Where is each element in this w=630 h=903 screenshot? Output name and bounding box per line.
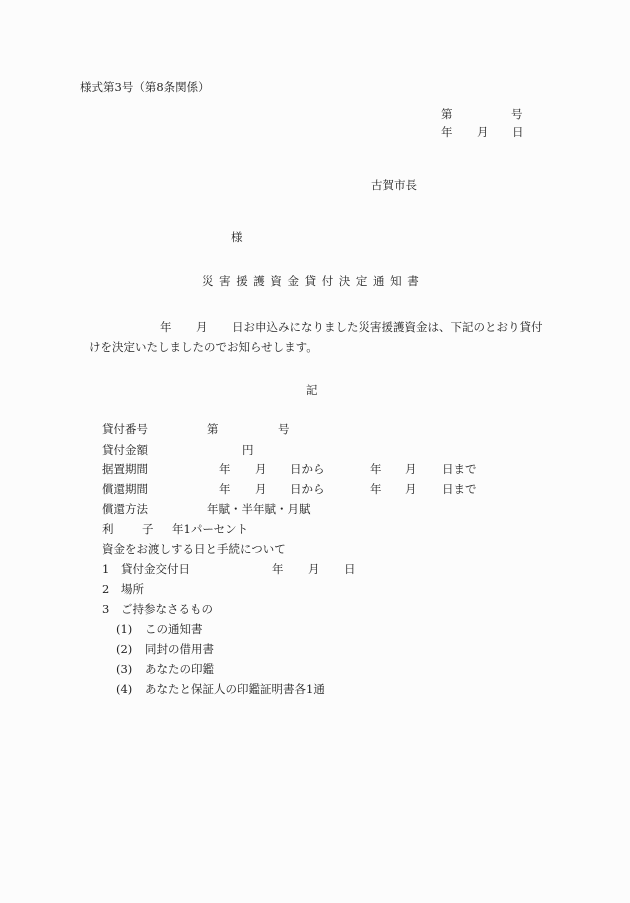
number-suffix: 号 <box>511 107 523 121</box>
interest-label-1: 利 <box>102 522 114 536</box>
repayment-period-label: 償還期間 <box>102 482 148 496</box>
bring-item-label: この通知書 <box>145 622 203 636</box>
loan-amount-label: 貸付金額 <box>102 443 148 457</box>
deferment-to-year: 年 <box>370 462 382 476</box>
loan-number-suffix: 号 <box>278 422 290 436</box>
date-month: 月 <box>477 125 489 139</box>
disbursement-heading: 資金をお渡しする日と手続について <box>102 542 286 556</box>
repayment-to-year: 年 <box>370 482 382 496</box>
intro-month: 月 <box>196 320 208 334</box>
disbursement-label: 貸付金交付日 <box>121 562 190 576</box>
intro-line2: けを決定いたしましたのでお知らせします。 <box>89 340 318 354</box>
repayment-from-year: 年 <box>219 482 231 496</box>
bring-item-number: (2) <box>116 642 132 656</box>
loan-number-prefix: 第 <box>207 422 219 436</box>
repayment-to-month: 月 <box>405 482 417 496</box>
deferment-from-year: 年 <box>219 462 231 476</box>
bring-item-label: 同封の借用書 <box>145 642 214 656</box>
repayment-from-day: 日から <box>290 482 325 496</box>
disbursement-day: 日 <box>344 562 356 576</box>
bring-item-number: (1) <box>116 622 132 636</box>
number-prefix: 第 <box>441 107 453 121</box>
form-number: 様式第3号（第8条関係） <box>80 80 210 94</box>
repayment-method-label: 償還方法 <box>102 502 148 516</box>
bring-item-number: (4) <box>116 682 132 696</box>
loan-amount-unit: 円 <box>242 443 254 457</box>
document-title: 災害援護資金貸付決定通知書 <box>202 274 424 288</box>
intro-line1: 日お申込みになりました災害援護資金は、下記のとおり貸付 <box>232 320 543 334</box>
disbursement-number: 2 <box>102 582 109 596</box>
deferment-from-day: 日から <box>290 462 325 476</box>
deferment-period-label: 据置期間 <box>102 462 148 476</box>
date-year: 年 <box>441 125 453 139</box>
bring-item-label: あなたと保証人の印鑑証明書各1通 <box>145 682 325 696</box>
date-day: 日 <box>512 125 524 139</box>
deferment-to-day: 日まで <box>442 462 477 476</box>
issuer: 古賀市長 <box>371 178 417 192</box>
bring-item-label: あなたの印鑑 <box>145 662 214 676</box>
deferment-from-month: 月 <box>255 462 267 476</box>
disbursement-year: 年 <box>272 562 284 576</box>
disbursement-month: 月 <box>308 562 320 576</box>
bring-item-number: (3) <box>116 662 132 676</box>
repayment-from-month: 月 <box>255 482 267 496</box>
disbursement-label: ご持参なさるもの <box>121 602 213 616</box>
loan-number-label: 貸付番号 <box>102 422 148 436</box>
deferment-to-month: 月 <box>405 462 417 476</box>
repayment-method-value: 年賦・半年賦・月賦 <box>207 502 311 516</box>
disbursement-label: 場所 <box>121 582 144 596</box>
disbursement-number: 3 <box>102 602 109 616</box>
disbursement-number: 1 <box>102 562 109 576</box>
interest-value: 年1パーセント <box>172 522 248 536</box>
interest-label-2: 子 <box>142 522 154 536</box>
ki-heading: 記 <box>306 383 318 397</box>
intro-year: 年 <box>160 320 172 334</box>
repayment-to-day: 日まで <box>442 482 477 496</box>
addressee-suffix: 様 <box>231 230 243 244</box>
